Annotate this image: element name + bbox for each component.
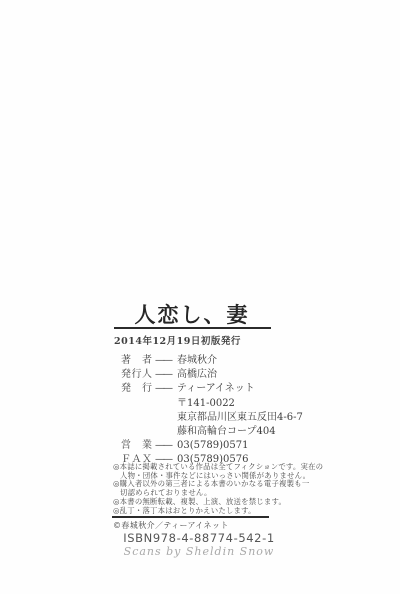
sales-phone: 03(5789)0571 xyxy=(177,440,248,451)
issuer-row: 発行人——高橋広治 xyxy=(121,368,311,382)
bottom-divider-rule xyxy=(112,516,269,518)
postal-code-row: 〒141-0022 xyxy=(121,397,311,411)
address-row: 東京都品川区東五反田4-6-7 xyxy=(121,411,311,425)
note-defective-copies: ◎乱丁・落丁本はおとりかえいたします。 xyxy=(113,507,293,516)
publisher-value: ティーアイネット xyxy=(177,383,255,394)
postal-code: 〒141-0022 xyxy=(177,398,235,409)
row-dash: —— xyxy=(155,382,177,396)
row-dash: —— xyxy=(155,439,177,453)
author-label: 著 者 xyxy=(121,354,155,368)
book-title: 人恋し、妻 xyxy=(114,299,270,329)
publication-info-list: 著 者——春城秋介 発行人——高橋広治 発 行——ティーアイネット 〒141-0… xyxy=(121,354,311,468)
row-dash: —— xyxy=(155,368,177,382)
publisher-label: 発 行 xyxy=(121,382,155,396)
scan-credit: Scans by Sheldin Snow xyxy=(114,545,284,558)
legal-notes: ◎本誌に掲載されている作品は全てフィクションです。実在の 人物・団体・事件などに… xyxy=(113,463,293,515)
issuer-value: 高橋広治 xyxy=(177,369,217,380)
copyright-line: ©春城秋介／ティーアイネット xyxy=(113,520,229,531)
address-line: 東京都品川区東五反田4-6-7 xyxy=(177,412,303,423)
colophon-page: 人恋し、妻 2014年12月19日初版発行 著 者——春城秋介 発行人——高橋広… xyxy=(0,0,400,594)
author-row: 著 者——春城秋介 xyxy=(121,354,311,368)
issuer-label: 発行人 xyxy=(121,368,155,382)
sales-phone-row: 営 業——03(5789)0571 xyxy=(121,439,311,453)
title-underline-rule xyxy=(114,327,271,329)
publisher-row: 発 行——ティーアイネット xyxy=(121,382,311,396)
author-value: 春城秋介 xyxy=(177,355,217,366)
address-row-2: 藤和高輪台コープ404 xyxy=(121,425,311,439)
sales-label: 営 業 xyxy=(121,439,155,453)
row-dash: —— xyxy=(155,354,177,368)
address-line-2: 藤和高輪台コープ404 xyxy=(177,426,276,437)
isbn-number: ISBN978-4-88774-542-1 xyxy=(114,531,284,545)
edition-date: 2014年12月19日初版発行 xyxy=(114,333,241,347)
